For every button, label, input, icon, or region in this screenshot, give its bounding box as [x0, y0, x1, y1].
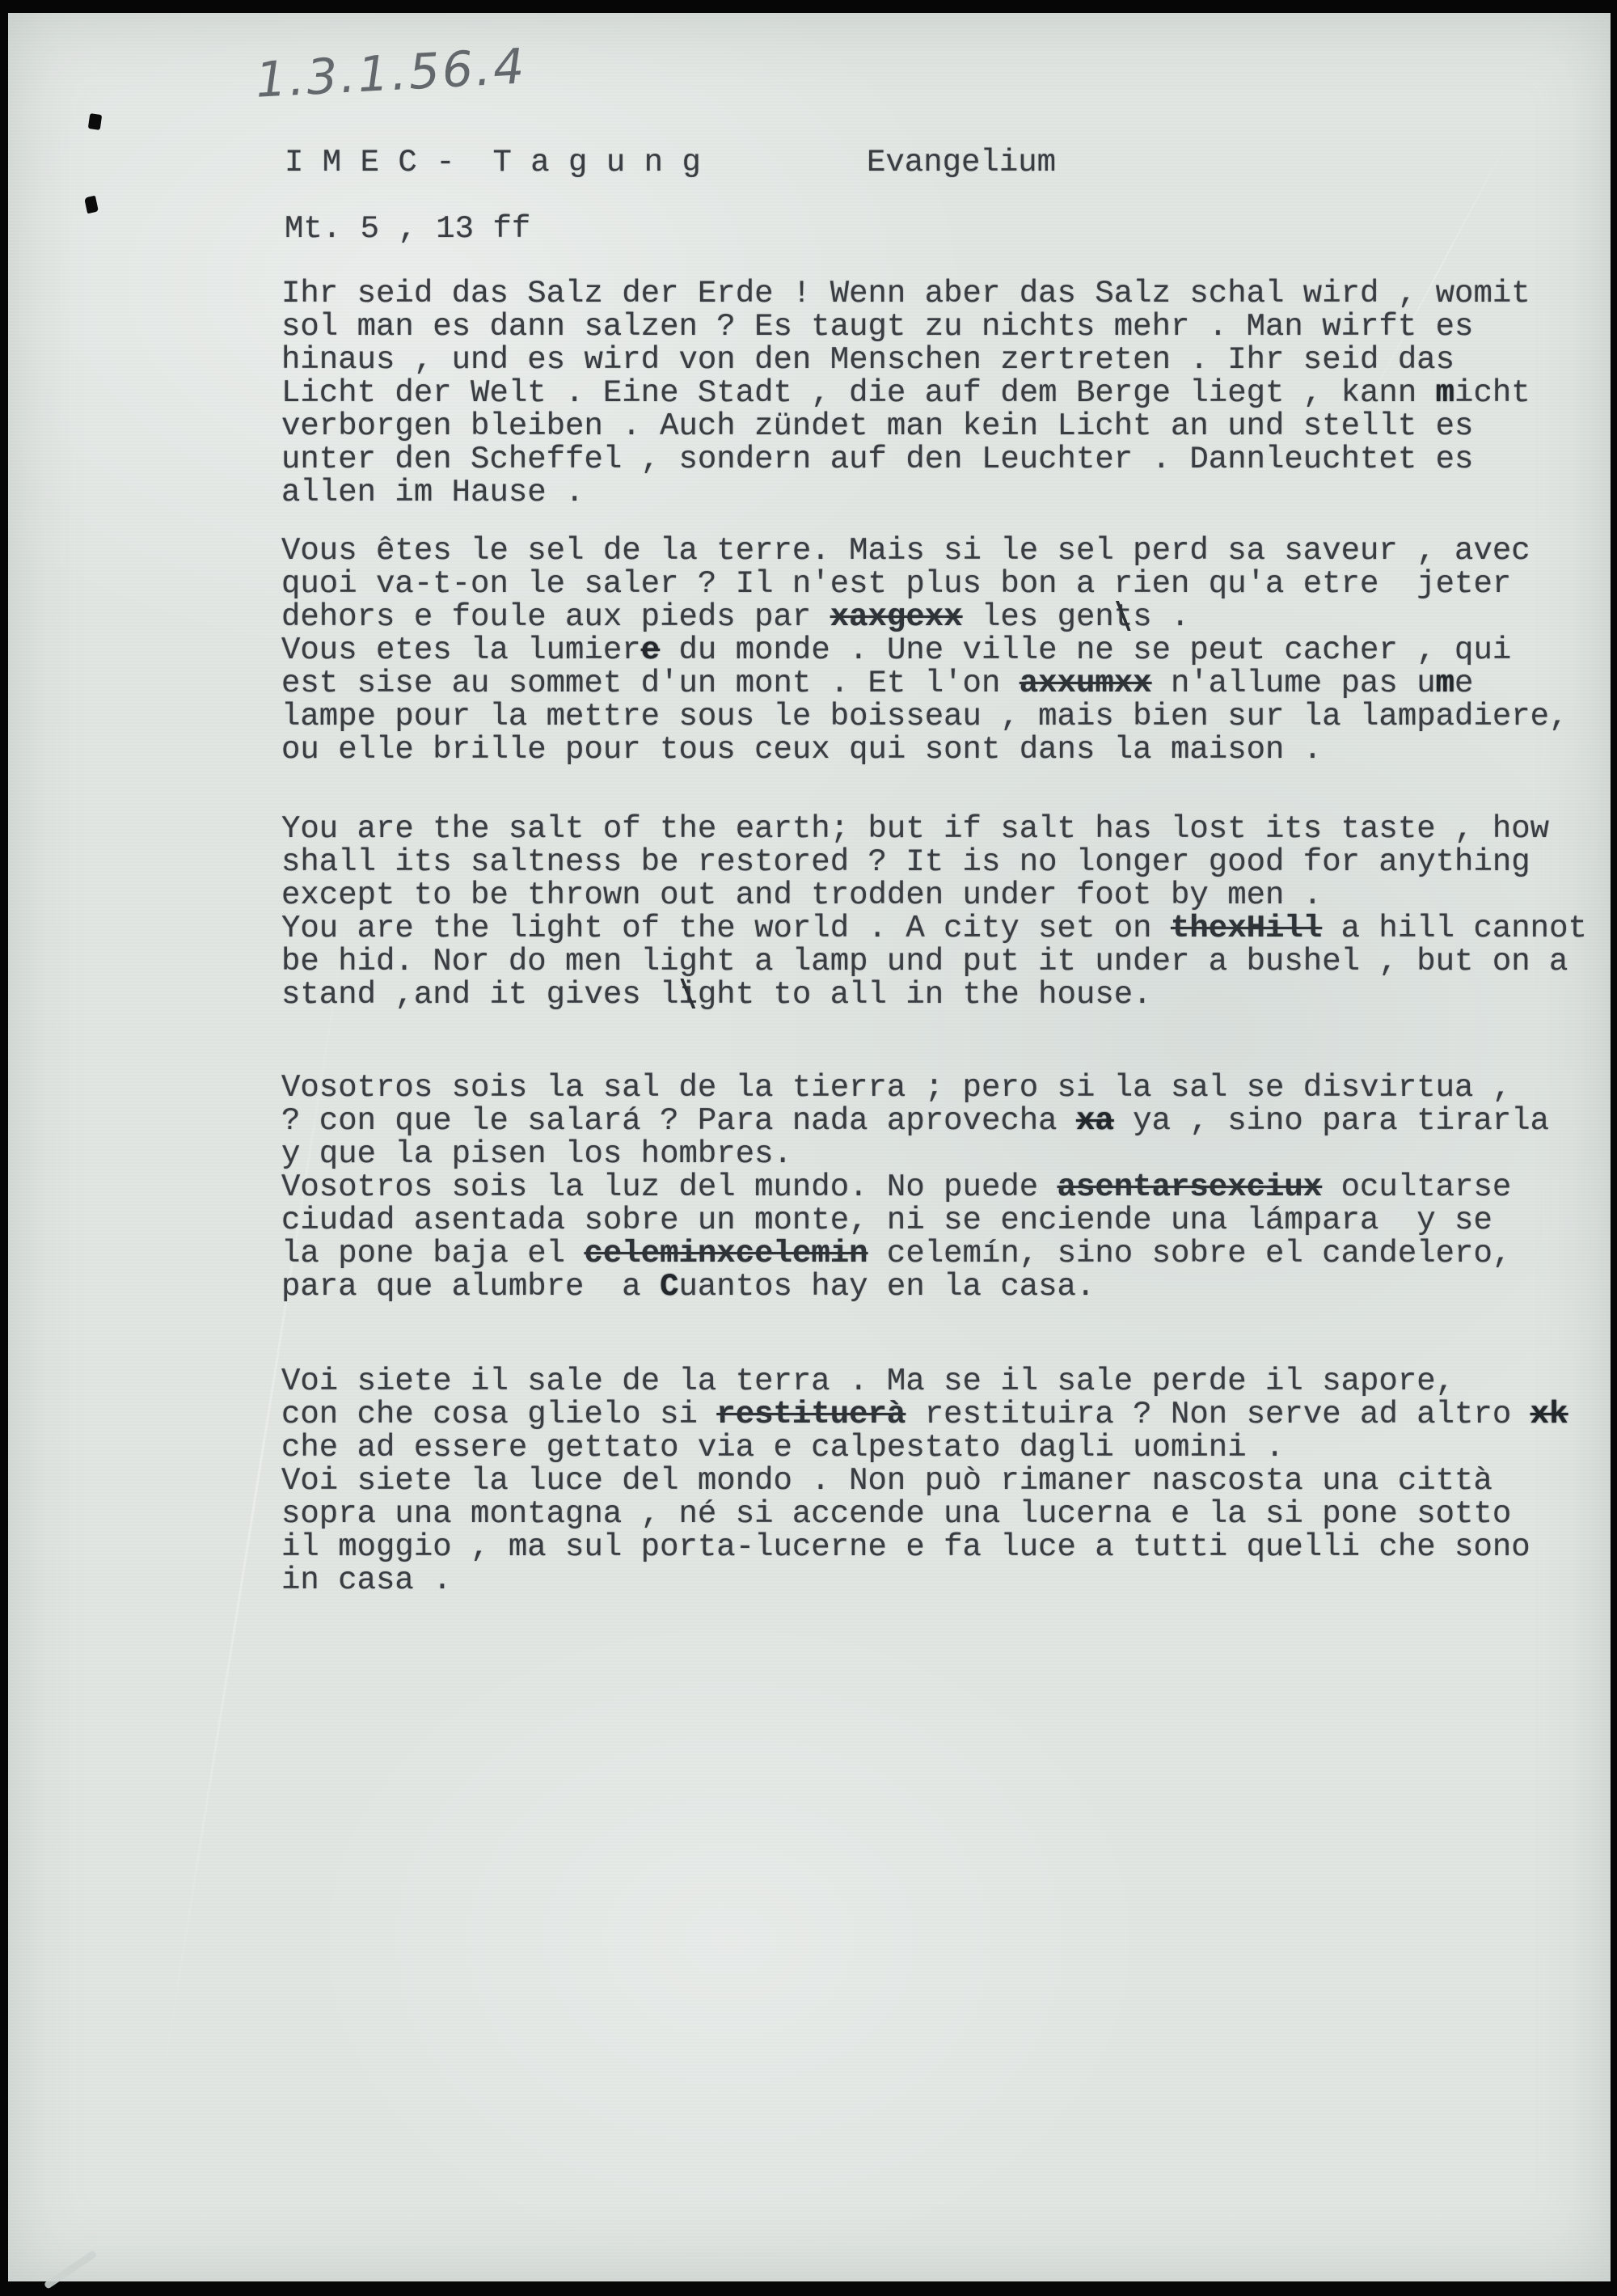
text-line: Voi siete il sale de la terra . Ma se il…: [281, 1365, 1568, 1398]
text-line: ciudad asentada sobre un monte, ni se en…: [281, 1204, 1549, 1237]
text-segment: sol man es dann salzen ? Es taugt zu nic…: [281, 309, 1473, 345]
text-line: hinaus , und es wird von den Menschen ze…: [281, 344, 1530, 377]
text-line: che ad essere gettato via e calpestato d…: [281, 1431, 1568, 1465]
struck-out-text: xaxgexx: [830, 599, 963, 635]
text-line: Vosotros sois la sal de la tierra ; pero…: [281, 1072, 1549, 1105]
text-segment: la pone baja el: [281, 1236, 584, 1271]
text-segment: para que alumbre a: [281, 1269, 660, 1304]
text-line: con che cosa glielo si restituerà restit…: [281, 1398, 1568, 1431]
text-segment: che ad essere gettato via e calpestato d…: [281, 1430, 1284, 1465]
text-line: Vosotros sois la luz del mundo. No puede…: [281, 1171, 1549, 1204]
text-segment: ciudad asentada sobre un monte, ni se en…: [281, 1203, 1492, 1238]
scanned-typewritten-page: { "colors": { "paper": "#e0e5e2", "scan_…: [0, 0, 1617, 2296]
text-segment: be hid. Nor do men light a lamp und put …: [281, 944, 1568, 979]
text-segment: Vosotros sois la sal de la tierra ; pero…: [281, 1070, 1511, 1106]
text-segment: You are the salt of the earth; but if sa…: [281, 811, 1549, 847]
text-segment: restituira ? Non serve ad altro: [906, 1397, 1530, 1432]
text-segment: verborgen bleiben . Auch zündet man kein…: [281, 408, 1473, 444]
document-category: Evangelium: [867, 146, 1056, 180]
text-line: est sise au sommet d'un mont . Et l'on a…: [281, 667, 1568, 700]
text-segment: s .: [1133, 599, 1189, 635]
text-line: ou elle brille pour tous ceux qui sont d…: [281, 734, 1568, 767]
overtyped-correction: i: [678, 979, 697, 1012]
text-line: except to be thrown out and trodden unde…: [281, 879, 1587, 912]
text-line: Licht der Welt . Eine Stadt , die auf de…: [281, 377, 1530, 410]
text-segment: unter den Scheffel , sondern auf den Leu…: [281, 442, 1473, 477]
text-segment: You are the light of the world . A city …: [281, 911, 1171, 946]
text-line: stand ,and it gives light to all in the …: [281, 979, 1587, 1012]
text-line: para que alumbre a Cuantos hay en la cas…: [281, 1271, 1549, 1304]
text-line: sol man es dann salzen ? Es taugt zu nic…: [281, 311, 1530, 344]
paragraph-italian: Voi siete il sale de la terra . Ma se il…: [281, 1365, 1568, 1597]
text-segment: in casa .: [281, 1562, 452, 1598]
text-segment: hinaus , und es wird von den Menschen ze…: [281, 342, 1454, 378]
text-line: verborgen bleiben . Auch zündet man kein…: [281, 410, 1530, 443]
paragraph-french: Vous êtes le sel de la terre. Mais si le…: [281, 535, 1568, 767]
text-segment: quoi va-t-on le saler ? Il n'est plus bo…: [281, 566, 1511, 602]
text-line: dehors e foule aux pieds par xaxgexx les…: [281, 601, 1568, 634]
struck-out-text: axxumxx: [1020, 666, 1152, 701]
text-line: lampe pour la mettre sous le boisseau , …: [281, 700, 1568, 734]
text-segment: except to be thrown out and trodden unde…: [281, 877, 1322, 913]
text-segment: con che cosa glielo si: [281, 1397, 716, 1432]
text-line: You are the salt of the earth; but if sa…: [281, 813, 1587, 846]
text-segment: lampe pour la mettre sous le boisseau , …: [281, 699, 1568, 734]
struck-out-text: thexHill: [1171, 911, 1322, 946]
overtyped-correction: t: [1114, 601, 1133, 634]
text-line: quoi va-t-on le saler ? Il n'est plus bo…: [281, 568, 1568, 601]
struck-out-text: e: [641, 632, 660, 668]
paragraph-german: Ihr seid das Salz der Erde ! Wenn aber d…: [281, 277, 1530, 510]
struck-out-text: xk: [1530, 1397, 1568, 1432]
text-segment: Voi siete la luce del mondo . Non può ri…: [281, 1463, 1492, 1499]
text-line: unter den Scheffel , sondern auf den Leu…: [281, 443, 1530, 476]
text-segment: ou elle brille pour tous ceux qui sont d…: [281, 732, 1322, 767]
text-segment: du monde . Une ville ne se peut cacher ,…: [660, 632, 1511, 668]
text-line: shall its saltness be restored ? It is n…: [281, 846, 1587, 879]
text-segment: stand ,and it gives l: [281, 977, 678, 1013]
text-segment: y que la pisen los hombres.: [281, 1136, 792, 1172]
text-line: You are the light of the world . A city …: [281, 912, 1587, 945]
text-segment: ght to all in the house.: [698, 977, 1152, 1013]
text-line: allen im Hause .: [281, 476, 1530, 510]
text-segment: celemín, sino sobre el candelero,: [868, 1236, 1512, 1271]
text-line: la pone baja el celeminxcelemin celemín,…: [281, 1237, 1549, 1271]
text-segment: Licht der Welt . Eine Stadt , die auf de…: [281, 375, 1436, 411]
text-segment: shall its saltness be restored ? It is n…: [281, 844, 1530, 880]
text-line: Vous êtes le sel de la terre. Mais si le…: [281, 535, 1568, 568]
text-segment: Vosotros sois la luz del mundo. No puede: [281, 1169, 1058, 1205]
text-segment: Ihr seid das Salz der Erde ! Wenn aber d…: [281, 276, 1530, 311]
text-segment: a hill cannot: [1322, 911, 1587, 946]
paragraph-english: You are the salt of the earth; but if sa…: [281, 813, 1587, 1012]
text-segment: est sise au sommet d'un mont . Et l'on: [281, 666, 1020, 701]
text-line: sopra una montagna , né si accende una l…: [281, 1498, 1568, 1531]
text-segment: Vous êtes le sel de la terre. Mais si le…: [281, 533, 1530, 569]
document-title: I M E C - T a g u n g: [285, 146, 701, 180]
text-segment: ya , sino para tirarla: [1114, 1103, 1549, 1139]
text-segment: ? con que le salará ? Para nada aprovech…: [281, 1103, 1076, 1139]
text-segment: il moggio , ma sul porta-lucerne e fa lu…: [281, 1529, 1530, 1565]
overtyped-correction: m: [1436, 375, 1454, 411]
struck-out-text: celeminxcelemin: [584, 1236, 868, 1271]
text-segment: e: [1454, 666, 1473, 701]
struck-out-text: restituerà: [716, 1397, 906, 1432]
text-segment: ocultarse: [1322, 1169, 1511, 1205]
overtyped-correction: C: [660, 1269, 678, 1304]
text-line: be hid. Nor do men light a lamp und put …: [281, 945, 1587, 979]
ink-blot-mark: [88, 113, 102, 130]
text-segment: Vous etes la lumier: [281, 632, 641, 668]
text-segment: Voi siete il sale de la terra . Ma se il…: [281, 1364, 1454, 1399]
struck-out-text: asentarsexciux: [1058, 1169, 1323, 1205]
text-segment: n'allume pas u: [1152, 666, 1436, 701]
struck-out-text: xa: [1076, 1103, 1114, 1139]
text-line: Ihr seid das Salz der Erde ! Wenn aber d…: [281, 277, 1530, 311]
text-line: y que la pisen los hombres.: [281, 1138, 1549, 1171]
bible-reference: Mt. 5 , 13 ff: [285, 213, 530, 246]
text-segment: uantos hay en la casa.: [678, 1269, 1095, 1304]
text-segment: icht: [1454, 375, 1530, 411]
text-line: Vous etes la lumiere du monde . Une vill…: [281, 634, 1568, 667]
overtyped-correction: m: [1436, 666, 1454, 701]
paragraph-spanish: Vosotros sois la sal de la tierra ; pero…: [281, 1072, 1549, 1304]
text-line: ? con que le salará ? Para nada aprovech…: [281, 1105, 1549, 1138]
text-line: il moggio , ma sul porta-lucerne e fa lu…: [281, 1531, 1568, 1564]
text-segment: les gen: [963, 599, 1114, 635]
text-segment: allen im Hause .: [281, 475, 584, 510]
text-segment: dehors e foule aux pieds par: [281, 599, 830, 635]
text-line: Voi siete la luce del mondo . Non può ri…: [281, 1465, 1568, 1498]
text-line: in casa .: [281, 1564, 1568, 1597]
text-segment: sopra una montagna , né si accende una l…: [281, 1496, 1511, 1532]
